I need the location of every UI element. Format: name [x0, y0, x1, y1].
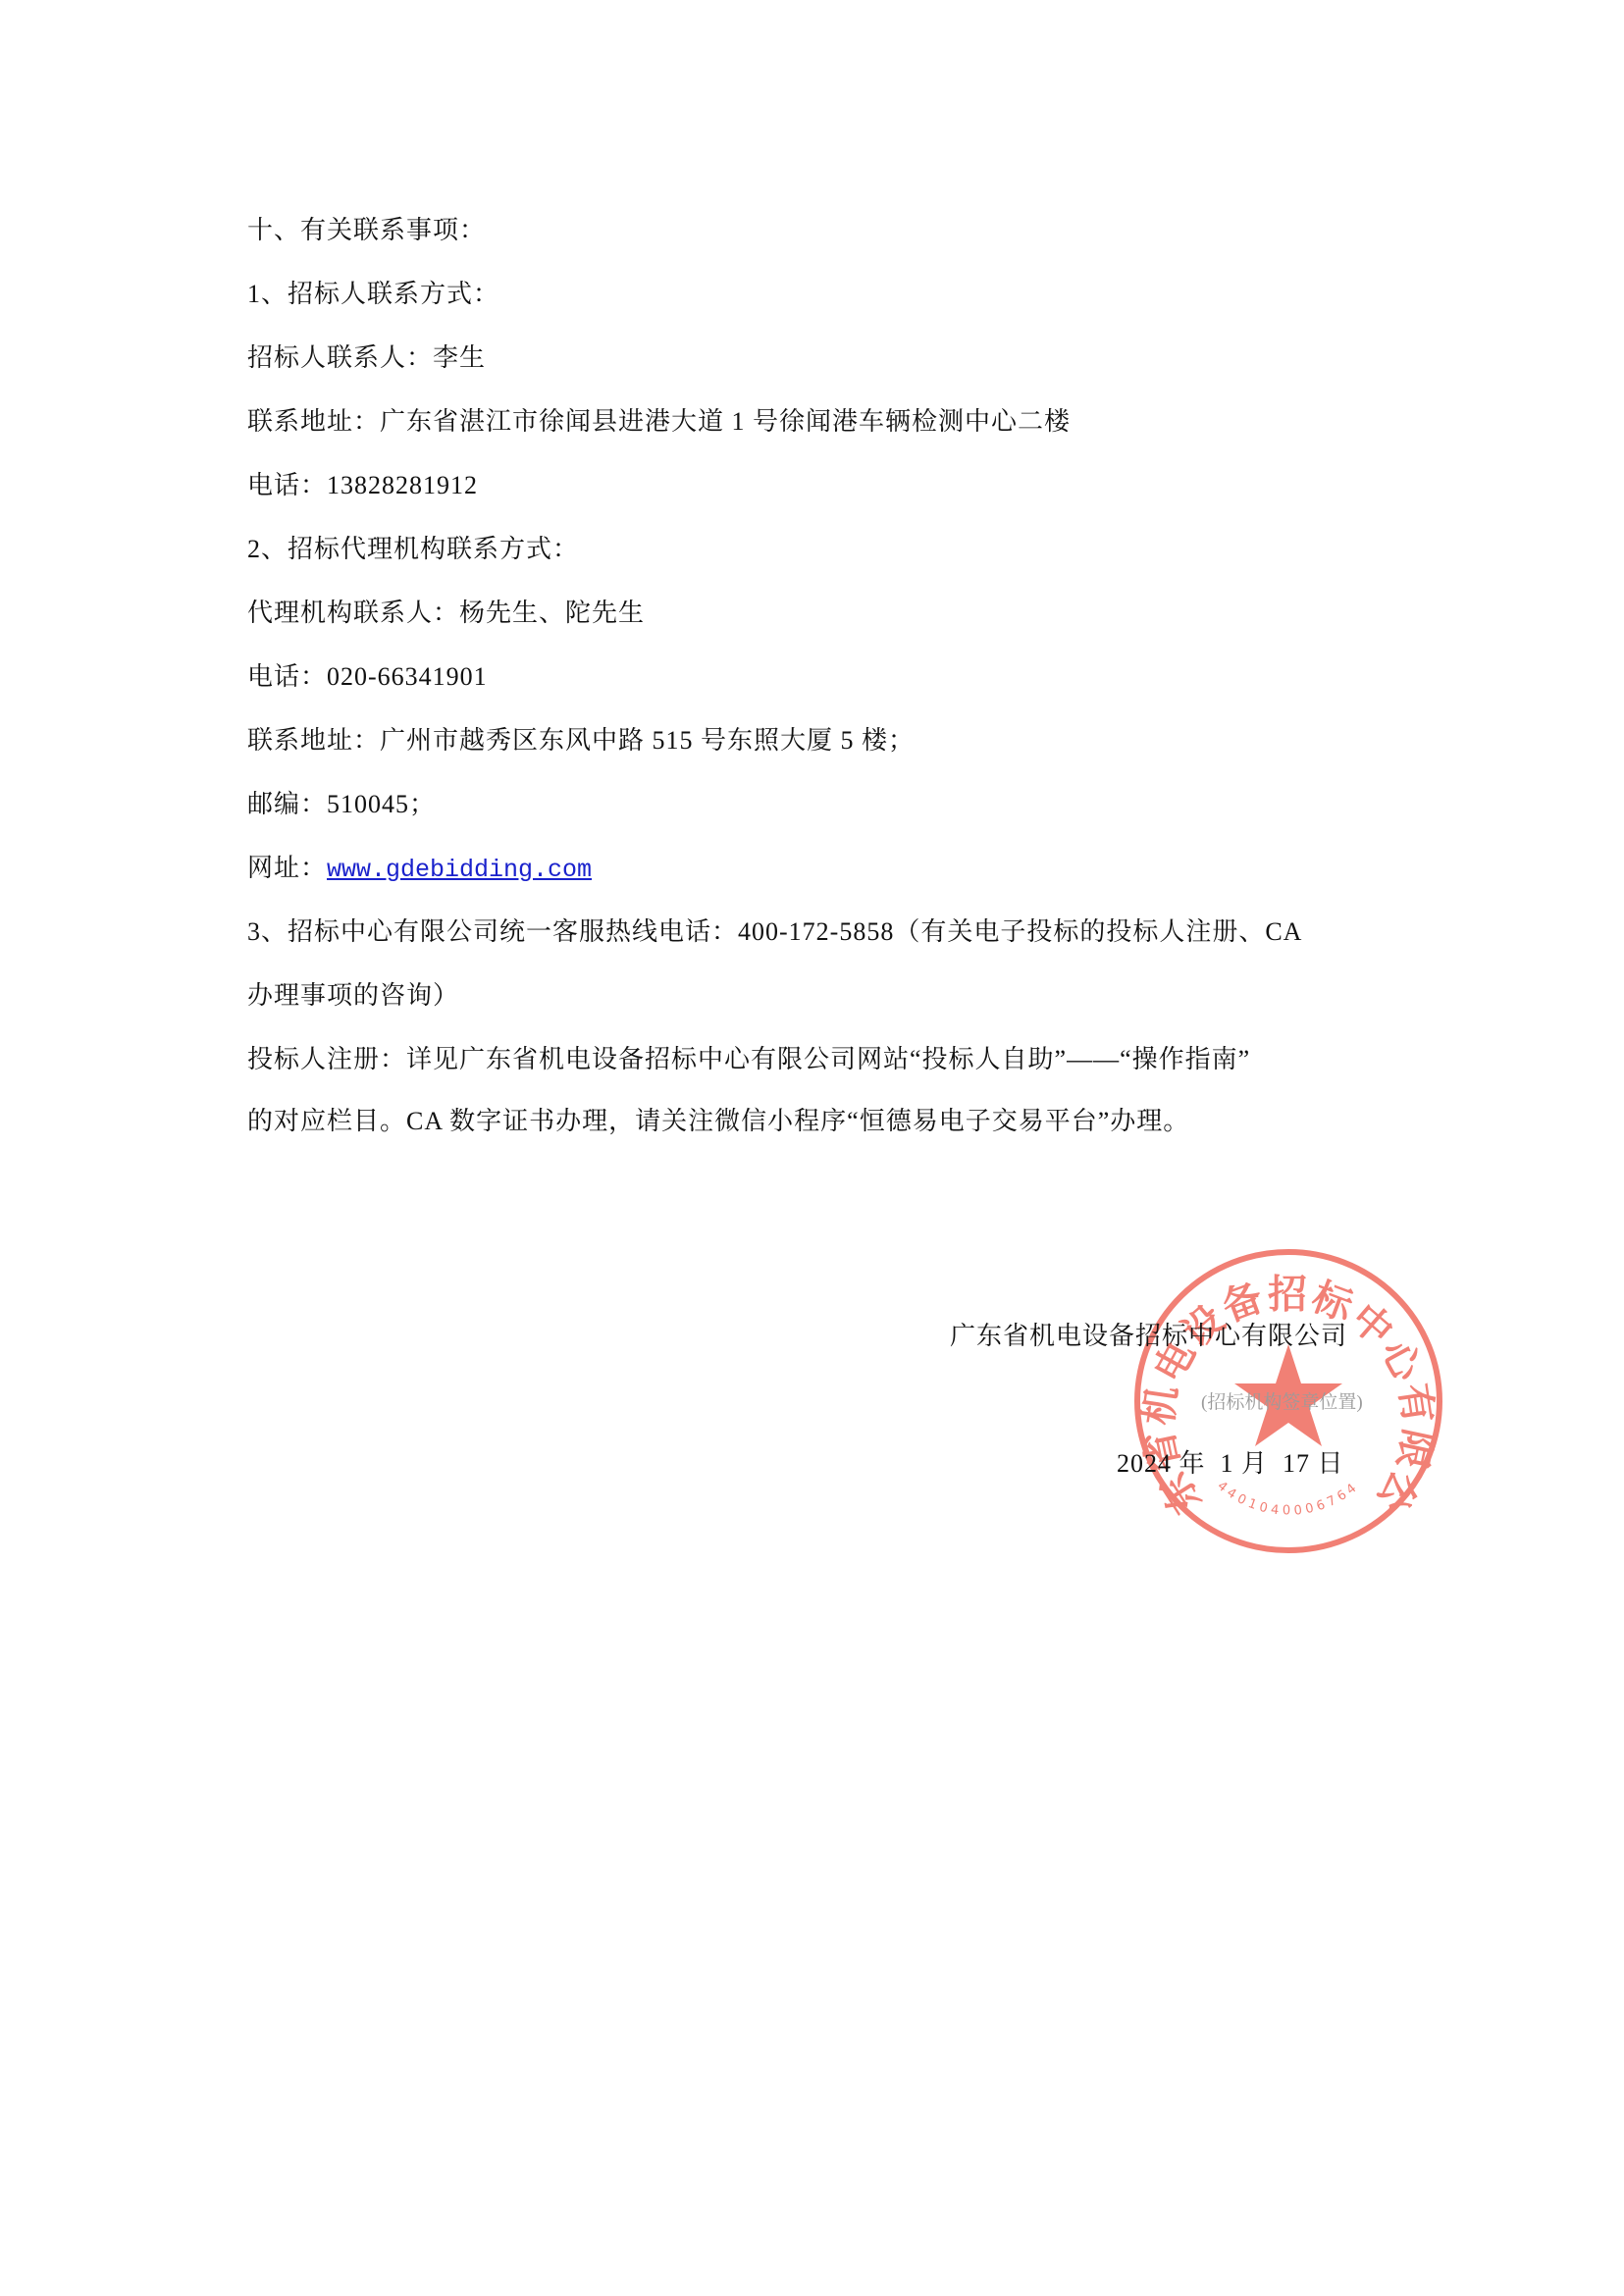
website-link[interactable]: www.gdebidding.com — [327, 856, 592, 884]
svg-text:4401040006764: 4401040006764 — [1215, 1479, 1363, 1519]
hotline-line-1: 3、招标中心有限公司统一客服热线电话：400-172-5858（有关电子投标的投… — [247, 916, 1302, 948]
document-page: 十、有关联系事项： 1、招标人联系方式： 招标人联系人：李生 联系地址：广东省湛… — [0, 0, 1624, 2296]
agency-address: 联系地址：广州市越秀区东风中路 515 号东照大厦 5 楼； — [247, 725, 915, 757]
agency-heading: 2、招标代理机构联系方式： — [247, 534, 579, 565]
registration-line-2: 的对应栏目。CA 数字证书办理，请关注微信小程序“恒德易电子交易平台”办理。 — [247, 1106, 1189, 1137]
agency-postcode: 邮编：510045； — [247, 789, 436, 820]
stamp-placeholder: (招标机构签章位置) — [1201, 1391, 1363, 1415]
agency-website: 网址：www.gdebidding.com — [247, 853, 592, 886]
tenderer-address: 联系地址：广东省湛江市徐闻县进港大道 1 号徐闻港车辆检测中心二楼 — [247, 406, 1071, 438]
registration-line-1: 投标人注册：详见广东省机电设备招标中心有限公司网站“投标人自助”——“操作指南” — [247, 1044, 1250, 1075]
agency-contact: 代理机构联系人：杨先生、陀先生 — [247, 598, 645, 629]
tenderer-contact: 招标人联系人：李生 — [247, 342, 486, 374]
tenderer-phone: 电话：13828281912 — [247, 470, 478, 501]
signature-date: 2024 年 1 月 17 日 — [1117, 1448, 1344, 1480]
website-label: 网址： — [247, 854, 327, 882]
section-title: 十、有关联系事项： — [247, 215, 486, 246]
signature-company: 广东省机电设备招标中心有限公司 — [950, 1321, 1347, 1352]
tenderer-heading: 1、招标人联系方式： — [247, 279, 499, 310]
hotline-line-2: 办理事项的咨询） — [247, 980, 459, 1012]
agency-phone: 电话：020-66341901 — [247, 661, 488, 693]
